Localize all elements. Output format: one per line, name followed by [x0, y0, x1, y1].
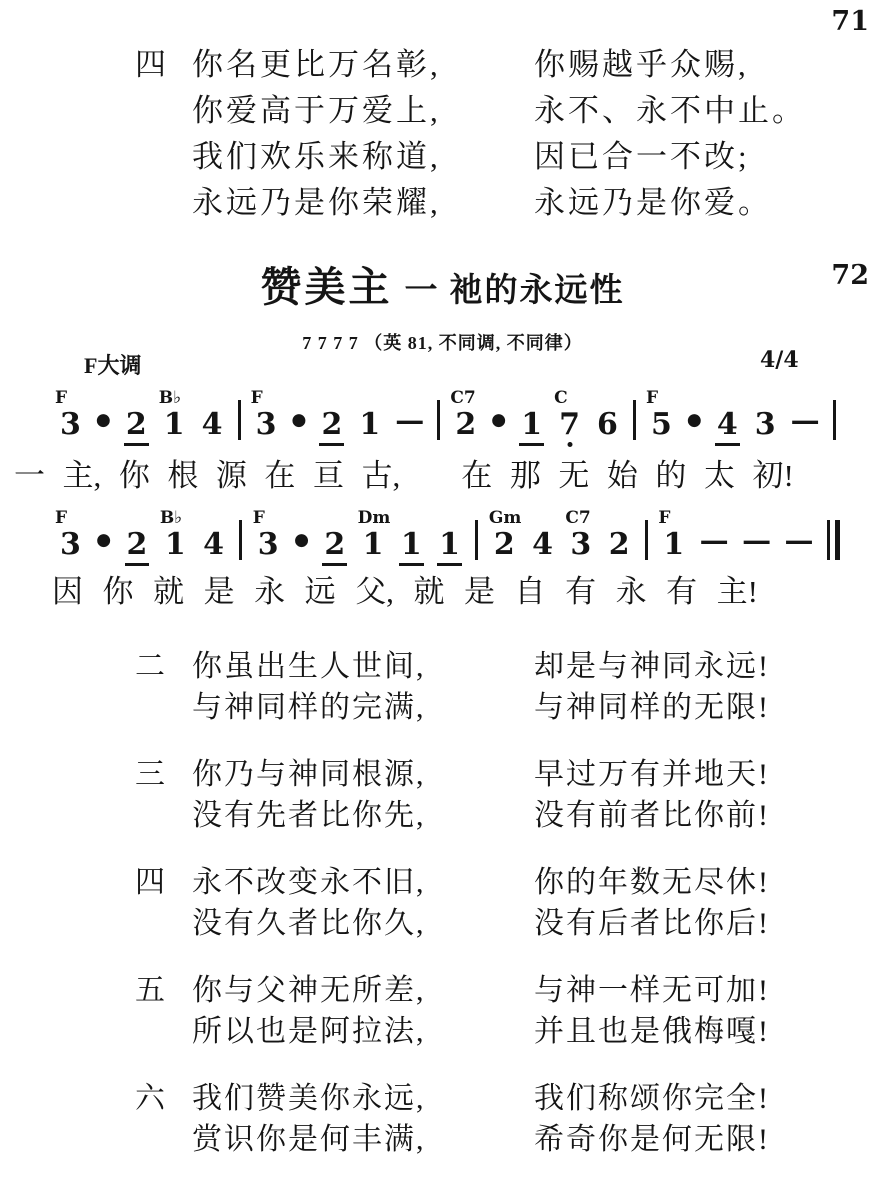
lyric-syllable: 你	[119, 450, 150, 495]
lyric-syllable: 有	[565, 566, 596, 611]
stanza-line: 没有久者比你久,没有后者比你后!	[135, 903, 835, 944]
chord-label: Dm	[358, 510, 391, 527]
sustain-dash: —	[395, 406, 424, 440]
stanza-line-right: 并且也是俄梅嘎!	[534, 1011, 770, 1052]
note-token: 1	[437, 530, 462, 560]
lyric-syllable: 有	[666, 566, 697, 611]
note-token: F3	[256, 530, 281, 560]
barline	[475, 520, 478, 560]
hymn71-verse4-line: 永远乃是你荣耀,永远乃是你爱。	[135, 180, 835, 226]
lyric-syllable: 源	[216, 450, 247, 495]
verse-number: 四	[135, 42, 192, 88]
chord-label: F	[251, 390, 263, 407]
music-line-1: F3●2B♭14F3●21—C72●1C76F5●43—	[58, 398, 836, 440]
verse-line-left: 你名更比万名彰,	[192, 42, 534, 88]
note-token: 4	[715, 410, 740, 440]
duration-dot: ●	[96, 532, 111, 560]
stanza-line-right: 早过万有并地天!	[534, 754, 770, 795]
note-token: 2	[124, 410, 149, 440]
stanza-line-right: 希奇你是何无限!	[534, 1119, 770, 1160]
note-number: 2	[319, 407, 344, 446]
note-token: F3	[58, 410, 83, 440]
verse-line-right: 永不、永不中止。	[534, 88, 806, 134]
stanza-line-left: 与神同样的完满,	[192, 687, 534, 728]
chord-label: B♭	[160, 510, 182, 527]
note-token: 3	[753, 410, 778, 440]
note-number: 4	[715, 407, 740, 446]
note-number: 1	[163, 527, 188, 566]
time-signature: 4/4	[760, 347, 799, 373]
note-token: 1	[399, 530, 424, 560]
note-number: 3	[58, 407, 83, 446]
stanza-number: 六	[135, 1078, 192, 1119]
note-token: 2	[125, 530, 150, 560]
chord-label: C7	[450, 390, 475, 407]
note-token: B♭1	[162, 410, 187, 440]
stanza-line-right: 我们称颂你完全!	[534, 1078, 770, 1119]
stanza-group: 六我们赞美你永远,我们称颂你完全!赏识你是何丰满,希奇你是何无限!	[135, 1078, 835, 1160]
hymn71-verse4-line: 我们欢乐来称道,因已合一不改;	[135, 134, 835, 180]
stanza-line: 四永不改变永不旧,你的年数无尽休!	[135, 862, 835, 903]
stanza-line-left: 所以也是阿拉法,	[192, 1011, 534, 1052]
chord-label: B♭	[159, 390, 181, 407]
duration-dot: ●	[292, 412, 307, 440]
hymn71-verse4-line: 四你名更比万名彰,你赐越乎众赐,	[135, 42, 835, 88]
lyric-syllable: 父,	[355, 566, 394, 611]
stanza-number	[135, 1011, 192, 1052]
lyric-syllable: 的	[655, 450, 686, 495]
barline	[645, 520, 648, 560]
lyric-syllable: 永	[254, 566, 285, 611]
lyric-line-1: 一主,你根源在亘古,在那无始的太初!	[14, 450, 794, 495]
lyric-syllable: 根	[167, 450, 198, 495]
note-number: 3	[58, 527, 83, 566]
lyric-syllable: 主,	[63, 450, 102, 495]
page-number-71: 71	[831, 6, 869, 37]
hymn71-verse4-line: 你爱高于万爱上,永不、永不中止。	[135, 88, 835, 134]
note-token: 4	[530, 530, 555, 560]
sustain-dash: —	[700, 526, 729, 560]
stanza-line-right: 与神同样的无限!	[534, 687, 770, 728]
stanza-number: 一	[14, 450, 45, 495]
stanza-line: 与神同样的完满,与神同样的无限!	[135, 687, 835, 728]
stanza-line-left: 你与父神无所差,	[192, 970, 534, 1011]
stanza-line-right: 没有前者比你前!	[534, 795, 770, 836]
note-token: F3	[254, 410, 279, 440]
key-signature: F大调	[84, 349, 141, 380]
stanza-number	[135, 795, 192, 836]
verse-number	[135, 134, 192, 180]
note-number: 1	[399, 527, 424, 566]
title-main: 赞美主	[261, 264, 393, 310]
note-number: 2	[453, 407, 478, 446]
note-token: 4	[200, 410, 225, 440]
stanza-number: 三	[135, 754, 192, 795]
verse-number	[135, 180, 192, 226]
stanza-group: 五你与父神无所差,与神一样无可加!所以也是阿拉法,并且也是俄梅嘎!	[135, 970, 835, 1052]
stanza-number: 五	[135, 970, 192, 1011]
note-number: 2	[607, 527, 632, 566]
stanza-line-right: 与神一样无可加!	[534, 970, 770, 1011]
barline	[239, 520, 242, 560]
chord-label: F	[253, 510, 265, 527]
note-token: 2	[607, 530, 632, 560]
hymn71-verse4-block: 四你名更比万名彰,你赐越乎众赐,你爱高于万爱上,永不、永不中止。我们欢乐来称道,…	[135, 42, 835, 226]
hymnal-page: 71 72 四你名更比万名彰,你赐越乎众赐,你爱高于万爱上,永不、永不中止。我们…	[0, 0, 885, 1195]
music-line-2: F3●2B♭14F3●2Dm111Gm24C732F1———	[58, 518, 840, 560]
lyric-syllable: 无	[558, 450, 589, 495]
note-token: C7	[557, 410, 582, 440]
stanza-line-right: 却是与神同永远!	[534, 646, 770, 687]
verse-number	[135, 88, 192, 134]
note-token: 1	[519, 410, 544, 440]
verse-line-left: 永远乃是你荣耀,	[192, 180, 534, 226]
note-number: 1	[361, 527, 386, 566]
lyric-syllable: 在	[264, 450, 295, 495]
note-token: B♭1	[163, 530, 188, 560]
lyric-syllable: 初!	[752, 450, 793, 495]
note-number: 2	[124, 407, 149, 446]
note-number: 1	[162, 407, 187, 446]
sustain-dash: —	[784, 526, 813, 560]
title-dash: 一	[405, 273, 438, 309]
stanza-line: 没有先者比你先,没有前者比你前!	[135, 795, 835, 836]
verse-line-right: 永远乃是你爱。	[534, 180, 772, 226]
note-number: 1	[357, 407, 382, 446]
note-token: Dm1	[361, 530, 386, 560]
note-number: 1	[519, 407, 544, 446]
note-token: Gm2	[492, 530, 517, 560]
lyric-syllable: 那	[510, 450, 541, 495]
note-token: 2	[322, 530, 347, 560]
duration-dot: ●	[687, 412, 702, 440]
verse-line-left: 你爱高于万爱上,	[192, 88, 534, 134]
stanza-line: 赏识你是何丰满,希奇你是何无限!	[135, 1119, 835, 1160]
title-subtitle: 祂的永远性	[450, 273, 625, 309]
chord-label: F	[55, 390, 67, 407]
barline	[238, 400, 241, 440]
verse-line-right: 你赐越乎众赐,	[534, 42, 749, 88]
stanza-line-left: 你乃与神同根源,	[192, 754, 534, 795]
note-number: 2	[322, 527, 347, 566]
chord-label: C7	[565, 510, 590, 527]
chord-label: Gm	[489, 510, 522, 527]
verse-line-left: 我们欢乐来称道,	[192, 134, 534, 180]
stanza-line-right: 没有后者比你后!	[534, 903, 770, 944]
lyric-syllable: 因	[52, 566, 83, 611]
note-number: 5	[649, 407, 674, 446]
stanza-number: 二	[135, 646, 192, 687]
chord-label: C	[554, 390, 568, 407]
note-token: F5	[649, 410, 674, 440]
lyric-syllable: 你	[103, 566, 134, 611]
stanza-line: 五你与父神无所差,与神一样无可加!	[135, 970, 835, 1011]
lyric-syllable: 太	[704, 450, 735, 495]
note-number: 2	[125, 527, 150, 566]
stanza-line-left: 没有先者比你先,	[192, 795, 534, 836]
sustain-dash: —	[791, 406, 820, 440]
stanza-group: 四永不改变永不旧,你的年数无尽休!没有久者比你久,没有后者比你后!	[135, 862, 835, 944]
note-number: 3	[568, 527, 593, 566]
note-number: 4	[201, 527, 226, 566]
lyric-syllable: 始	[607, 450, 638, 495]
stanza-number	[135, 1119, 192, 1160]
stanza-number	[135, 903, 192, 944]
sustain-dash: —	[742, 526, 771, 560]
chord-label: F	[646, 390, 658, 407]
lyric-syllable: 是	[204, 566, 235, 611]
note-token: 6	[595, 410, 620, 440]
lyric-syllable: 是	[464, 566, 495, 611]
lyric-syllable: 主!	[717, 566, 758, 611]
note-token: 2	[319, 410, 344, 440]
note-token: F1	[661, 530, 686, 560]
stanza-line-left: 我们赞美你永远,	[192, 1078, 534, 1119]
note-number: 1	[661, 527, 686, 566]
note-number: 7	[557, 407, 582, 446]
stanza-number: 四	[135, 862, 192, 903]
lyric-syllable: 就	[413, 566, 444, 611]
stanza-line: 二你虽出生人世间,却是与神同永远!	[135, 646, 835, 687]
stanza-line-left: 赏识你是何丰满,	[192, 1119, 534, 1160]
note-token: C72	[453, 410, 478, 440]
note-token: C73	[568, 530, 593, 560]
note-number: 3	[753, 407, 778, 446]
final-barline	[827, 520, 840, 560]
stanza-group: 三你乃与神同根源,早过万有并地天!没有先者比你先,没有前者比你前!	[135, 754, 835, 836]
note-token: 1	[357, 410, 382, 440]
stanza-line-right: 你的年数无尽休!	[534, 862, 770, 903]
stanza-line: 三你乃与神同根源,早过万有并地天!	[135, 754, 835, 795]
note-number: 2	[492, 527, 517, 566]
duration-dot: ●	[491, 412, 506, 440]
verse-line-right: 因已合一不改;	[534, 134, 750, 180]
note-number: 1	[437, 527, 462, 566]
note-number: 3	[256, 527, 281, 566]
stanza-line-left: 永不改变永不旧,	[192, 862, 534, 903]
note-token: 4	[201, 530, 226, 560]
lyric-syllable: 古,	[361, 450, 400, 495]
stanza-number	[135, 687, 192, 728]
stanza-line-left: 你虽出生人世间,	[192, 646, 534, 687]
chord-label: F	[658, 510, 670, 527]
lyric-syllable: 永	[616, 566, 647, 611]
chord-label: F	[55, 510, 67, 527]
lyric-syllable: 自	[515, 566, 546, 611]
duration-dot: ●	[96, 412, 111, 440]
lyric-syllable: 亘	[313, 450, 344, 495]
barline	[437, 400, 440, 440]
barline	[633, 400, 636, 440]
lyric-line-2: 因你就是永远父,就是自有永有主!	[52, 566, 758, 611]
lyric-syllable: 远	[305, 566, 336, 611]
note-number: 4	[200, 407, 225, 446]
barline	[833, 400, 836, 440]
stanza-line: 所以也是阿拉法,并且也是俄梅嘎!	[135, 1011, 835, 1052]
note-number: 4	[530, 527, 555, 566]
stanzas-section: 二你虽出生人世间,却是与神同永远!与神同样的完满,与神同样的无限!三你乃与神同根…	[135, 646, 835, 1186]
duration-dot: ●	[294, 532, 309, 560]
stanza-line-left: 没有久者比你久,	[192, 903, 534, 944]
note-number: 6	[595, 407, 620, 446]
note-number: 3	[254, 407, 279, 446]
note-token: F3	[58, 530, 83, 560]
stanza-line: 六我们赞美你永远,我们称颂你完全!	[135, 1078, 835, 1119]
hymn72-title: 赞美主 一 祂的永远性	[0, 254, 885, 313]
lyric-syllable: 在	[461, 450, 492, 495]
lyric-syllable: 就	[153, 566, 184, 611]
stanza-group: 二你虽出生人世间,却是与神同永远!与神同样的完满,与神同样的无限!	[135, 646, 835, 728]
